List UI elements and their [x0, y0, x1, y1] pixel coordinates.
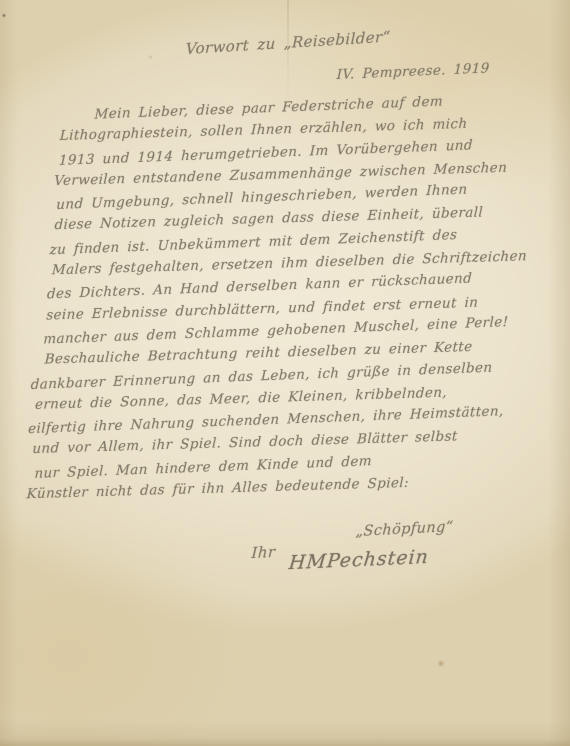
pechstein-signature: HMPechstein — [288, 546, 430, 574]
paper-speck — [2, 13, 6, 18]
foxing-spot — [437, 660, 445, 667]
manuscript-page: Vorwort zu „Reisebilder“ IV. Pempreese. … — [0, 0, 570, 746]
fold-crease — [287, 0, 289, 110]
manuscript-quote-schoepfung: „Schöpfung“ — [355, 519, 454, 540]
manuscript-date: IV. Pempreese. 1919 — [336, 60, 490, 83]
manuscript-closing: Ihr — [251, 543, 276, 562]
paper-speck — [148, 55, 153, 59]
manuscript-body: Mein Lieber, diese paar Federstriche auf… — [37, 88, 537, 506]
